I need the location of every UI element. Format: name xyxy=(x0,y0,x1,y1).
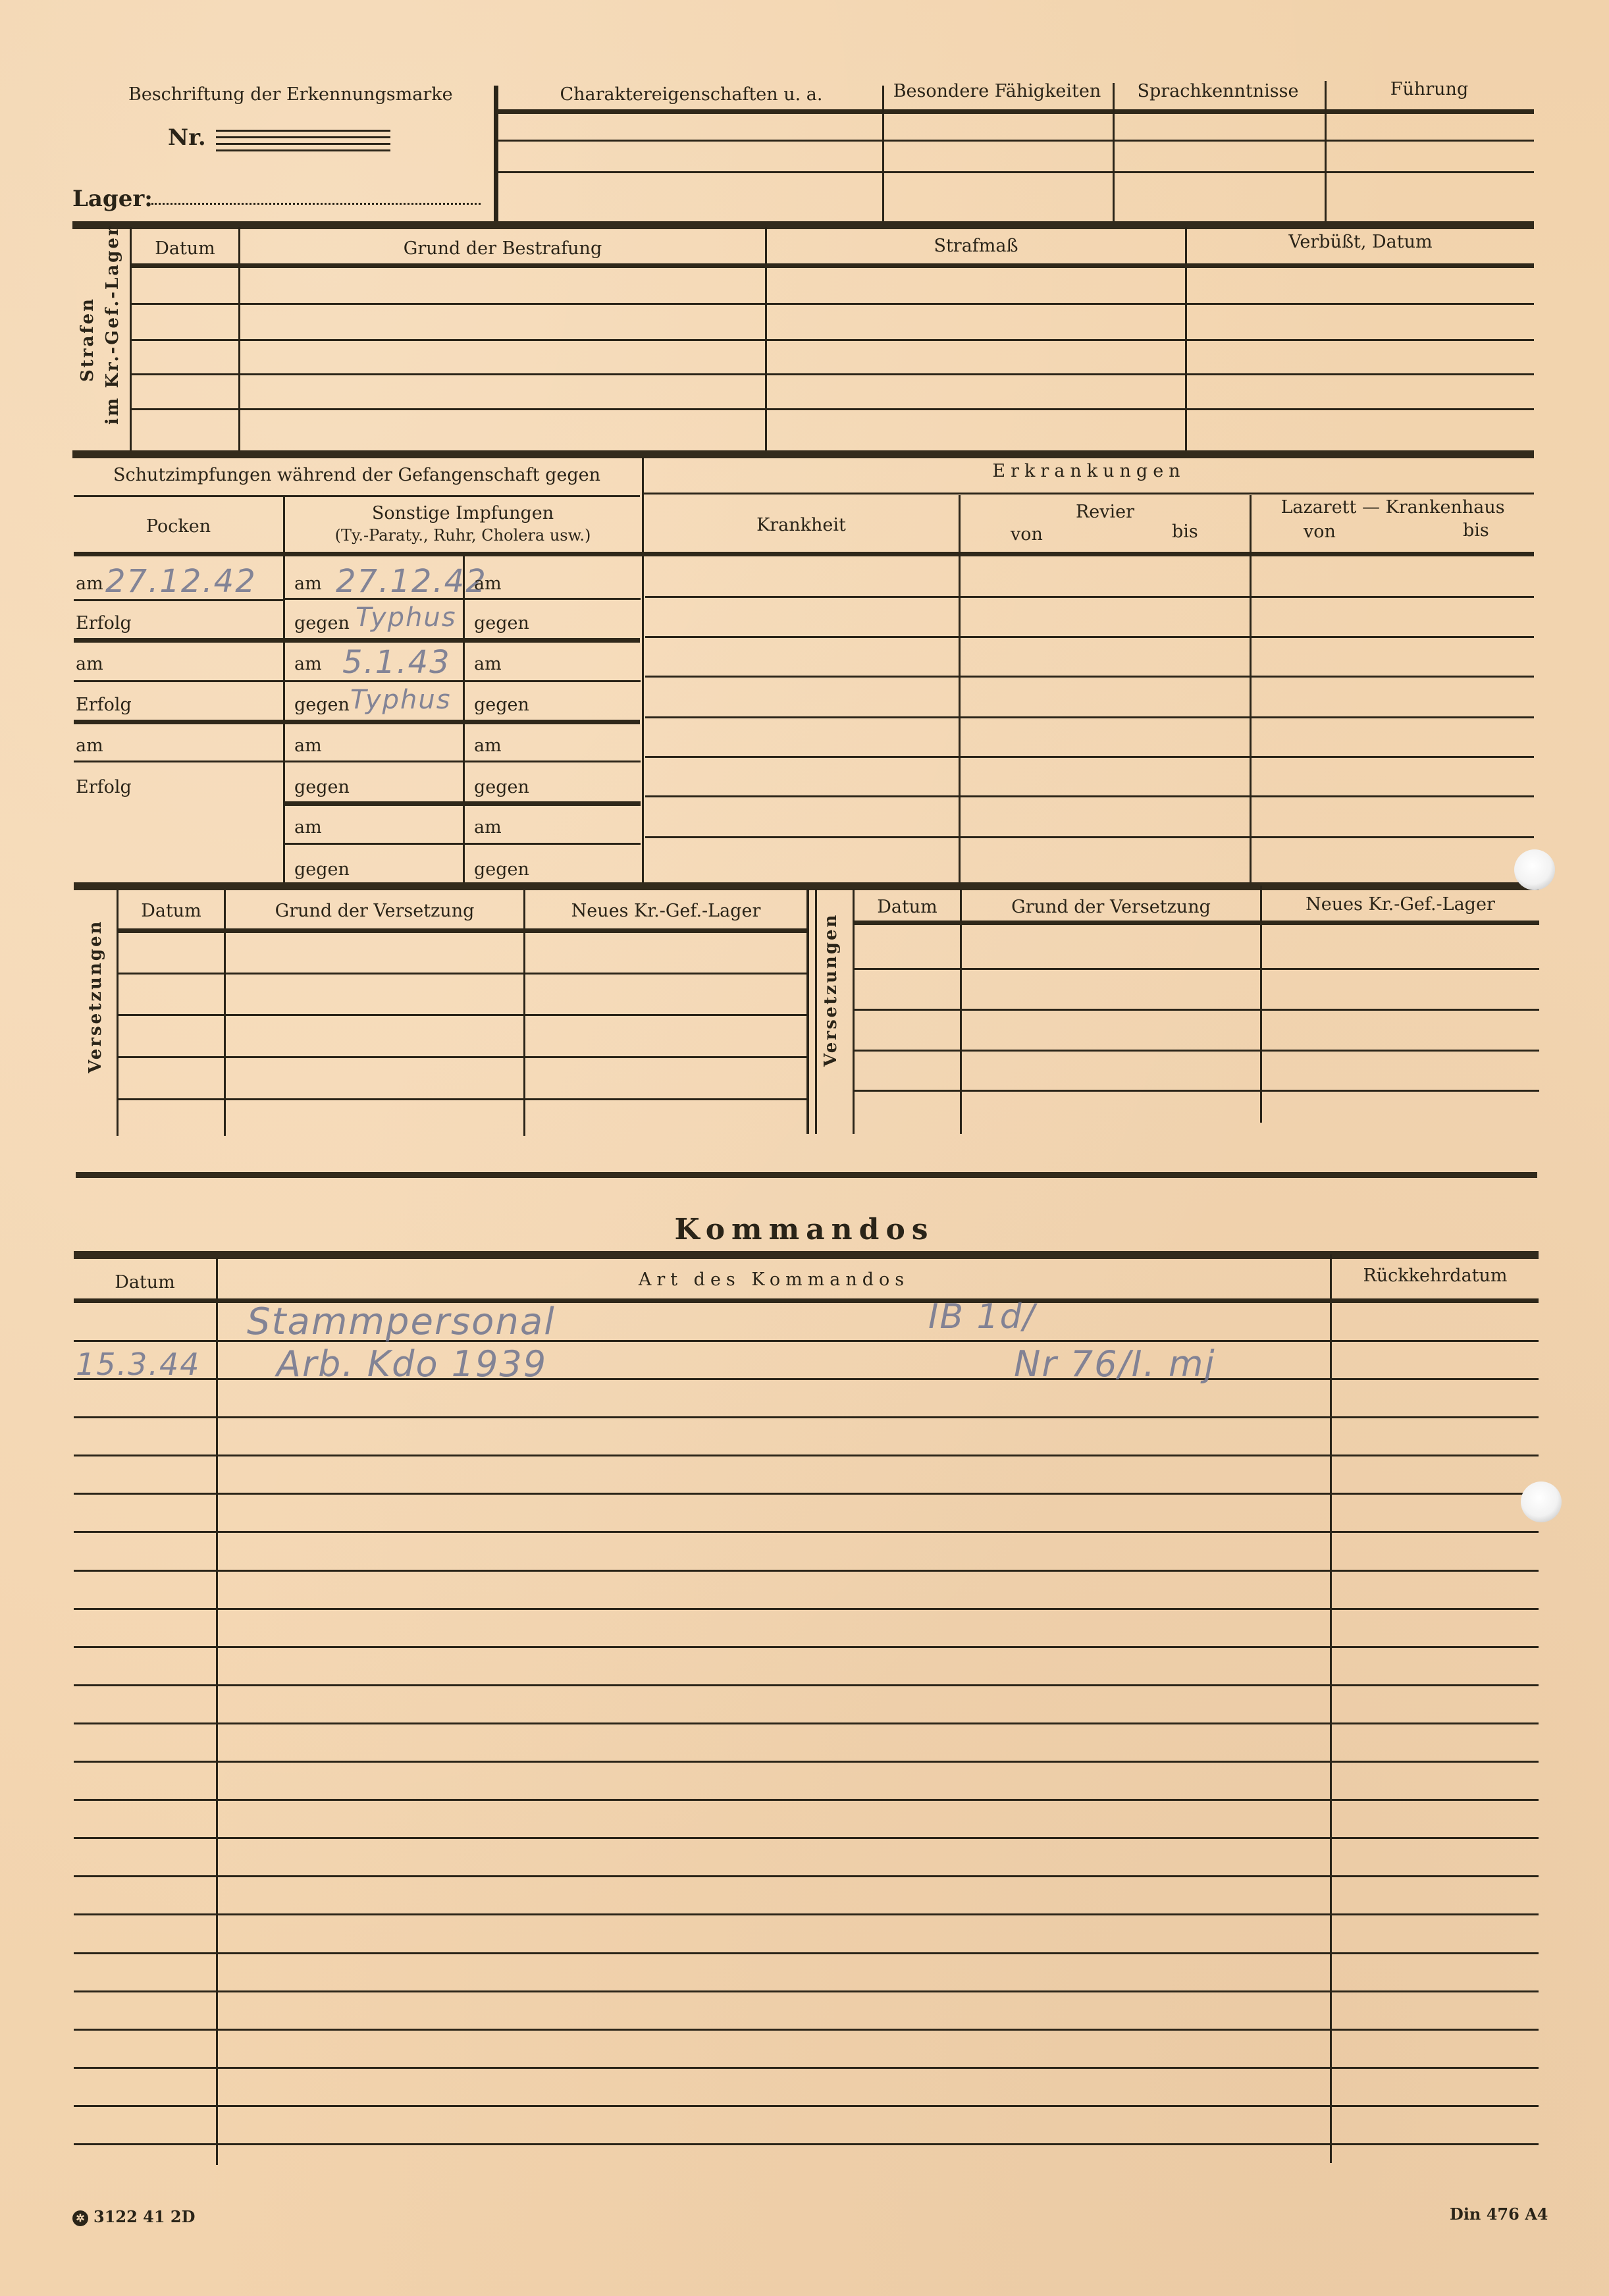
row-line xyxy=(74,599,283,601)
revier-header: Revier xyxy=(961,502,1250,522)
form-number: ✲3122 41 2D xyxy=(72,2207,195,2226)
col-line xyxy=(1113,83,1115,224)
kommandos-row-line xyxy=(74,1761,1539,1763)
row-line xyxy=(119,1056,806,1058)
col-line xyxy=(1250,495,1252,884)
erkrankungen-title: Erkrankungen xyxy=(644,461,1534,481)
row-line xyxy=(285,761,641,762)
lazarett-bis: bis xyxy=(1463,520,1489,541)
strafen-side-label: Strafen xyxy=(78,297,97,382)
header-faehigkeiten: Besondere Fähigkeiten xyxy=(884,81,1111,101)
kommando-datum-entry-2[interactable]: 15.3.44 xyxy=(76,1347,201,1382)
sonstige2-am-label: am xyxy=(474,817,502,838)
nr-label: Nr. xyxy=(168,125,206,151)
sonstige-gegen-label: gegen xyxy=(294,777,350,797)
row-line xyxy=(132,303,1534,305)
punch-hole xyxy=(1521,1482,1562,1522)
din-format: Din 476 A4 xyxy=(1450,2204,1548,2224)
row-line xyxy=(645,676,1534,678)
sonstige-header: Sonstige Impfungen xyxy=(285,503,641,523)
row-line xyxy=(132,339,1534,341)
pocken-am-label: am xyxy=(76,574,103,594)
col-line xyxy=(1330,1254,1332,2163)
impfungen-title: Schutzimpfungen während der Gefangenscha… xyxy=(74,465,640,485)
row-line xyxy=(74,495,640,497)
row-line xyxy=(285,843,641,845)
versetzung-header-lager: Neues Kr.-Gef.-Lager xyxy=(525,901,806,921)
kommandos-header-rueckkehr: Rückkehrdatum xyxy=(1332,1266,1539,1286)
strafen-header-strafmass: Strafmaß xyxy=(767,236,1185,256)
sonstige2-gegen-label: gegen xyxy=(474,613,529,633)
row-line xyxy=(285,680,641,682)
sonstige2-gegen-label: gegen xyxy=(474,695,529,715)
sonstige-gegen-label: gegen xyxy=(294,613,350,633)
sonstige-am-value[interactable]: 5.1.43 xyxy=(342,644,451,681)
strafen-header-datum: Datum xyxy=(132,238,238,259)
kommandos-row-line xyxy=(74,2067,1539,2069)
versetzung-header-datum: Datum xyxy=(119,901,224,921)
header-rule xyxy=(132,263,1534,268)
divider xyxy=(494,86,498,225)
sonstige-gegen-value[interactable]: Typhus xyxy=(350,685,452,715)
sonstige-am-label: am xyxy=(294,817,322,838)
sonstige2-gegen-label: gegen xyxy=(474,777,529,797)
col-line xyxy=(1325,81,1327,224)
kommandos-row-line xyxy=(74,1570,1539,1572)
kommandos-row-line xyxy=(74,1531,1539,1533)
header-sprachkenntnisse: Sprachkenntnisse xyxy=(1113,81,1323,101)
row-line xyxy=(645,636,1534,638)
row-line xyxy=(645,795,1534,797)
kommandos-row-line xyxy=(74,1952,1539,1954)
pocken-am-value[interactable]: 27.12.42 xyxy=(105,563,257,600)
kommando-note-entry-2[interactable]: Nr 76/I. mj xyxy=(1014,1343,1216,1385)
form-number-text: 3122 41 2D xyxy=(93,2207,195,2226)
kommandos-row-line xyxy=(74,1990,1539,1992)
sonstige2-am-label: am xyxy=(474,654,502,674)
sonstige-am-label: am xyxy=(294,574,322,594)
sonstige-gegen-value[interactable]: Typhus xyxy=(356,602,457,633)
row-line xyxy=(132,408,1534,410)
col-line xyxy=(882,86,884,224)
row-line xyxy=(645,836,1534,838)
row-line xyxy=(497,140,1534,142)
versetzungen-side-label-2: Versetzungen xyxy=(821,913,841,1067)
pocken-am-label: am xyxy=(76,654,103,674)
sonstige2-am-label: am xyxy=(474,574,502,594)
nr-field[interactable] xyxy=(216,130,390,156)
section-rule xyxy=(74,882,1539,890)
lager-label: Lager: xyxy=(72,186,153,212)
kommandos-row-line xyxy=(74,1608,1539,1610)
kommandos-row-line xyxy=(74,2143,1539,2145)
sonstige-am-label: am xyxy=(294,654,322,674)
strafen-header-grund: Grund der Bestrafung xyxy=(240,238,765,259)
kommandos-row-line xyxy=(74,1722,1539,1724)
sonstige-am-value[interactable]: 27.12.42 xyxy=(336,563,487,600)
row-line xyxy=(645,756,1534,758)
sonstige-gegen-label: gegen xyxy=(294,859,350,880)
lazarett-von: von xyxy=(1304,521,1336,542)
row-line xyxy=(119,973,806,974)
row-rule xyxy=(74,720,640,724)
row-rule xyxy=(74,638,640,643)
versetzungen-side-label: Versetzungen xyxy=(86,920,105,1073)
sonstige2-am-label: am xyxy=(474,735,502,756)
row-line xyxy=(644,493,1534,494)
kommando-art-entry-2[interactable]: Arb. Kdo 1939 xyxy=(277,1343,547,1385)
revier-von: von xyxy=(1011,524,1043,545)
row-line xyxy=(855,1050,1539,1052)
header-rule xyxy=(74,552,1534,556)
kommandos-row-line xyxy=(74,2105,1539,2107)
col-line xyxy=(807,889,809,1134)
header-rule xyxy=(497,109,1534,114)
kommando-art-entry-1[interactable]: Stammpersonal xyxy=(247,1300,556,1343)
sonstige-subheader: (Ty.-Paraty., Ruhr, Cholera usw.) xyxy=(285,527,641,545)
row-line xyxy=(132,373,1534,375)
pocken-erfolg-label: Erfolg xyxy=(76,777,132,797)
kommandos-row-line xyxy=(74,1913,1539,1915)
header-rule xyxy=(855,921,1539,925)
versetzung2-header-lager: Neues Kr.-Gef.-Lager xyxy=(1262,894,1539,915)
row-line xyxy=(855,968,1539,970)
pocken-erfolg-label: Erfolg xyxy=(76,613,132,633)
revier-bis: bis xyxy=(1172,521,1198,542)
row-line xyxy=(855,1009,1539,1011)
section-rule xyxy=(72,221,1534,229)
versetzung2-header-datum: Datum xyxy=(855,897,960,917)
kommandos-row-line xyxy=(74,2029,1539,2031)
sonstige2-gegen-label: gegen xyxy=(474,859,529,880)
kommandos-row-line xyxy=(74,1455,1539,1456)
kommandos-header-art: Art des Kommandos xyxy=(218,1269,1330,1290)
lazarett-header: Lazarett — Krankenhaus xyxy=(1252,497,1534,518)
krankheit-header: Krankheit xyxy=(644,515,959,535)
col-line xyxy=(815,889,817,1134)
col-line xyxy=(959,495,961,884)
sonstige-gegen-label: gegen xyxy=(294,695,350,715)
kommandos-row-line xyxy=(74,1646,1539,1648)
strafen-side-label-2: im Kr.-Gef.-Lager xyxy=(103,225,122,425)
col-line xyxy=(960,889,962,1134)
kommando-note-entry-1[interactable]: IB 1d/ xyxy=(928,1297,1036,1337)
row-line xyxy=(119,1014,806,1016)
row-line xyxy=(497,171,1534,173)
kommandos-row-line xyxy=(74,1416,1539,1418)
kommandos-row-line xyxy=(74,1837,1539,1839)
pocken-header: Pocken xyxy=(74,516,283,537)
lager-field[interactable] xyxy=(151,203,481,205)
publisher-seal-icon: ✲ xyxy=(72,2210,88,2226)
beschriftung-label: Beschriftung der Erkennungsmarke xyxy=(128,84,453,105)
header-fuehrung: Führung xyxy=(1325,79,1534,99)
punch-hole xyxy=(1514,849,1555,890)
pocken-am-label: am xyxy=(76,735,103,756)
versetzung-header-grund: Grund der Versetzung xyxy=(226,901,523,921)
kommandos-title: Kommandos xyxy=(0,1213,1609,1246)
row-line xyxy=(74,680,283,682)
pocken-erfolg-label: Erfolg xyxy=(76,695,132,715)
kommandos-header-datum: Datum xyxy=(74,1272,216,1293)
section-rule xyxy=(72,450,1534,458)
col-line xyxy=(853,889,855,1134)
versetzung2-header-grund: Grund der Versetzung xyxy=(962,897,1260,917)
row-rule xyxy=(285,801,641,806)
row-line xyxy=(855,1090,1539,1092)
kommandos-top-rule xyxy=(74,1251,1539,1259)
header-charakter: Charaktereigenschaften u. a. xyxy=(500,84,882,105)
header-rule xyxy=(119,928,806,933)
row-line xyxy=(74,761,283,762)
paper-background xyxy=(0,0,1609,2296)
row-line xyxy=(645,596,1534,598)
sonstige-am-label: am xyxy=(294,735,322,756)
kommandos-row-line xyxy=(74,1493,1539,1495)
section-divider xyxy=(76,1172,1537,1178)
kommandos-row-line xyxy=(74,1875,1539,1877)
kommandos-row-line xyxy=(74,1799,1539,1801)
strafen-header-verbuesst: Verbüßt, Datum xyxy=(1187,232,1534,252)
row-line xyxy=(285,598,641,600)
row-line xyxy=(119,1098,806,1100)
kommandos-row-line xyxy=(74,1684,1539,1686)
row-line xyxy=(645,716,1534,718)
